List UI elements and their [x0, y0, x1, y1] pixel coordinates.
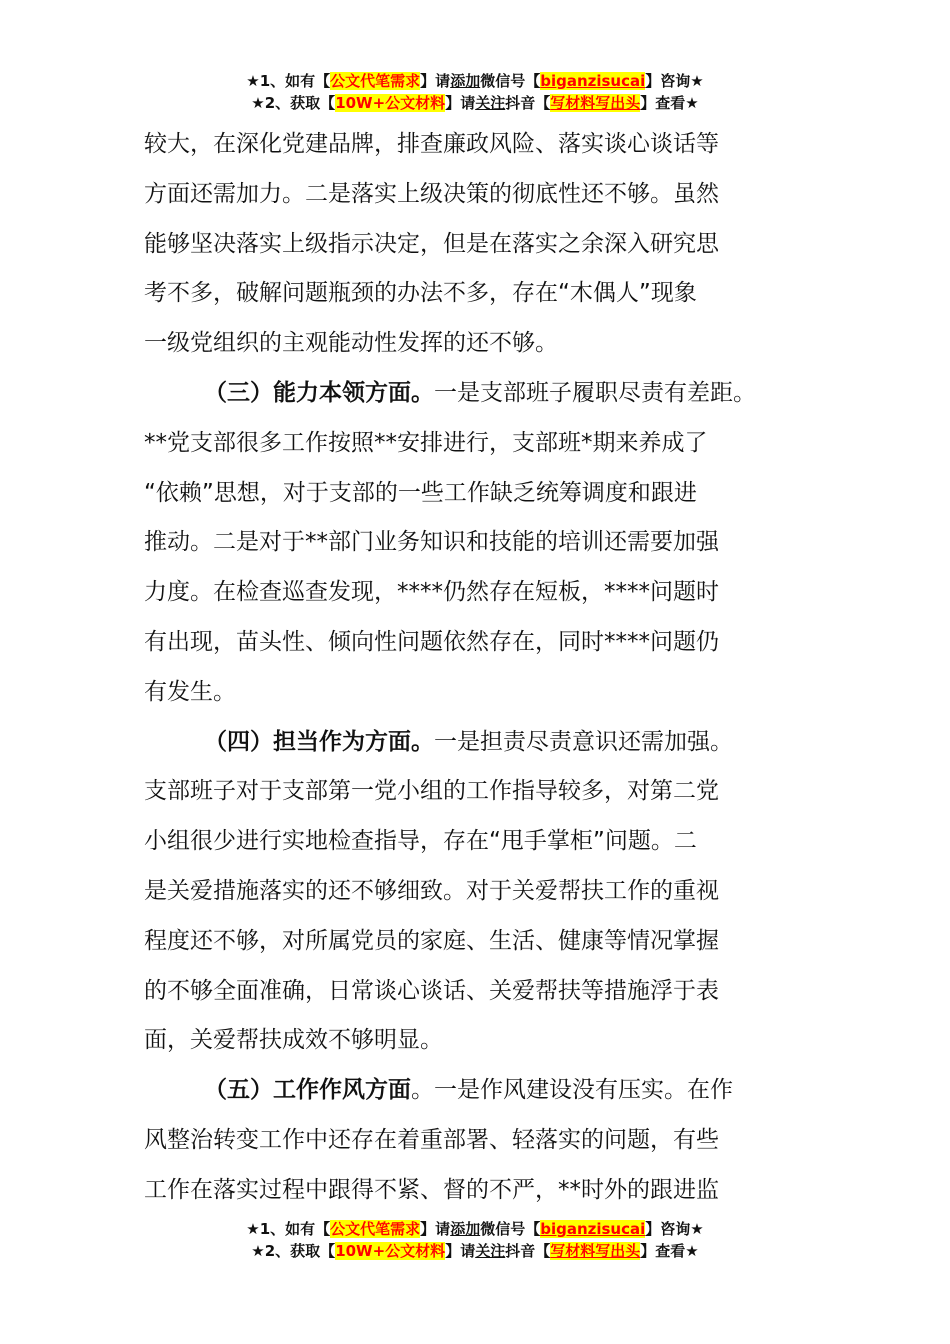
banner-text: ★1、如有【 [246, 72, 330, 90]
banner-line-1: ★1、如有【公文代笔需求】请添加微信号【biganzisucai】咨询★ [0, 70, 950, 92]
douyin-account-link[interactable]: 写材料写出头 [550, 94, 640, 112]
banner-text: 】请 [420, 72, 450, 90]
banner-text: ★1、如有【 [246, 1220, 330, 1238]
text-line: 的不够全面准确，日常谈心谈话、关爱帮扶等措施浮于表 [144, 967, 824, 1017]
banner-text: ★2、获取【 [251, 94, 335, 112]
section-work-style: （五）工作作风方面。一是作风建设没有压实。在作 风整治转变工作中还存在着重部署、… [144, 1066, 824, 1215]
banner-line-2: ★2、获取【10W+公文材料】请关注抖音【写材料写出头】查看★ [0, 1240, 950, 1262]
text-line: 小组很少进行实地检查指导，存在“甩手掌柜”问题。二 [144, 817, 824, 867]
underlined-add: 添加 [450, 72, 480, 90]
text-line: 面，关爱帮扶成效不够明显。 [144, 1016, 824, 1066]
banner-text: 抖音【 [505, 94, 550, 112]
text-line: 推动。二是对于**部门业务知识和技能的培训还需要加强 [144, 518, 824, 568]
banner-text: 抖音【 [505, 1242, 550, 1260]
wechat-id-link[interactable]: biganzisucai [540, 1220, 645, 1238]
document-body: 较大，在深化党建品牌，排查廉政风险、落实谈心谈话等 方面还需加力。二是落实上级决… [144, 120, 824, 1216]
underlined-follow: 关注 [475, 1242, 505, 1260]
section-heading: （四）担当作为方面。 [204, 729, 434, 755]
text-line: 工作在落实过程中跟得不紧、督的不严，**时外的跟进监 [144, 1166, 824, 1216]
continuation-paragraph: 较大，在深化党建品牌，排查廉政风险、落实谈心谈话等 方面还需加力。二是落实上级决… [144, 120, 824, 369]
text-line: 考不多，破解问题瓶颈的办法不多，存在“木偶人”现象 [144, 269, 824, 319]
banner-text: 】查看★ [640, 94, 698, 112]
banner-line-2: ★2、获取【10W+公文材料】请关注抖音【写材料写出头】查看★ [0, 92, 950, 114]
underlined-add: 添加 [450, 1220, 480, 1238]
text-line: 支部班子对于支部第一党小组的工作指导较多，对第二党 [144, 767, 824, 817]
douyin-account-link[interactable]: 写材料写出头 [550, 1242, 640, 1260]
text-span: 。 [411, 1077, 434, 1103]
highlight-materials: 10W+公文材料 [335, 1242, 445, 1260]
text-span: 一是担责尽责意识还需加强。 [434, 729, 733, 755]
text-line: 能够坚决落实上级指示决定，但是在落实之余深入研究思 [144, 220, 824, 270]
text-line: 程度还不够，对所属党员的家庭、生活、健康等情况掌握 [144, 917, 824, 967]
banner-text: 】查看★ [640, 1242, 698, 1260]
text-line: 一级党组织的主观能动性发挥的还不够。 [144, 319, 824, 369]
banner-text: 微信号【 [480, 1220, 540, 1238]
text-span: 一是作风建设没有压实。在作 [434, 1077, 733, 1103]
text-line: 有出现，苗头性、倾向性问题依然存在，同时****问题仍 [144, 618, 824, 668]
text-line: （五）工作作风方面。一是作风建设没有压实。在作 [144, 1066, 824, 1116]
text-line: “依赖”思想，对于支部的一些工作缺乏统筹调度和跟进 [144, 469, 824, 519]
text-line: **党支部很多工作按照**安排进行，支部班*期来养成了 [144, 419, 824, 469]
banner-text: 】咨询★ [645, 72, 703, 90]
text-line: （三）能力本领方面。一是支部班子履职尽责有差距。 [144, 369, 824, 419]
section-responsibility: （四）担当作为方面。一是担责尽责意识还需加强。 支部班子对于支部第一党小组的工作… [144, 718, 824, 1067]
text-line: 较大，在深化党建品牌，排查廉政风险、落实谈心谈话等 [144, 120, 824, 170]
text-line: 有发生。 [144, 668, 824, 718]
text-span: 一是支部班子履职尽责有差距。 [434, 380, 756, 406]
section-heading: （五）工作作风方面 [204, 1077, 411, 1103]
footer-banner: ★1、如有【公文代笔需求】请添加微信号【biganzisucai】咨询★ ★2、… [0, 1218, 950, 1262]
text-line: 方面还需加力。二是落实上级决策的彻底性还不够。虽然 [144, 170, 824, 220]
text-line: （四）担当作为方面。一是担责尽责意识还需加强。 [144, 718, 824, 768]
banner-text: 微信号【 [480, 72, 540, 90]
text-line: 力度。在检查巡查发现，****仍然存在短板，****问题时 [144, 568, 824, 618]
header-banner: ★1、如有【公文代笔需求】请添加微信号【biganzisucai】咨询★ ★2、… [0, 70, 950, 114]
banner-text: 】咨询★ [645, 1220, 703, 1238]
highlight-materials: 10W+公文材料 [335, 94, 445, 112]
text-line: 是关爱措施落实的还不够细致。对于关爱帮扶工作的重视 [144, 867, 824, 917]
section-ability: （三）能力本领方面。一是支部班子履职尽责有差距。 **党支部很多工作按照**安排… [144, 369, 824, 718]
highlight-ghostwriting: 公文代笔需求 [330, 1220, 420, 1238]
underlined-follow: 关注 [475, 94, 505, 112]
banner-text: 】请 [420, 1220, 450, 1238]
wechat-id-link[interactable]: biganzisucai [540, 72, 645, 90]
banner-text: 】请 [445, 1242, 475, 1260]
section-heading: （三）能力本领方面。 [204, 380, 434, 406]
banner-line-1: ★1、如有【公文代笔需求】请添加微信号【biganzisucai】咨询★ [0, 1218, 950, 1240]
banner-text: 】请 [445, 94, 475, 112]
text-line: 风整治转变工作中还存在着重部署、轻落实的问题，有些 [144, 1116, 824, 1166]
highlight-ghostwriting: 公文代笔需求 [330, 72, 420, 90]
banner-text: ★2、获取【 [251, 1242, 335, 1260]
